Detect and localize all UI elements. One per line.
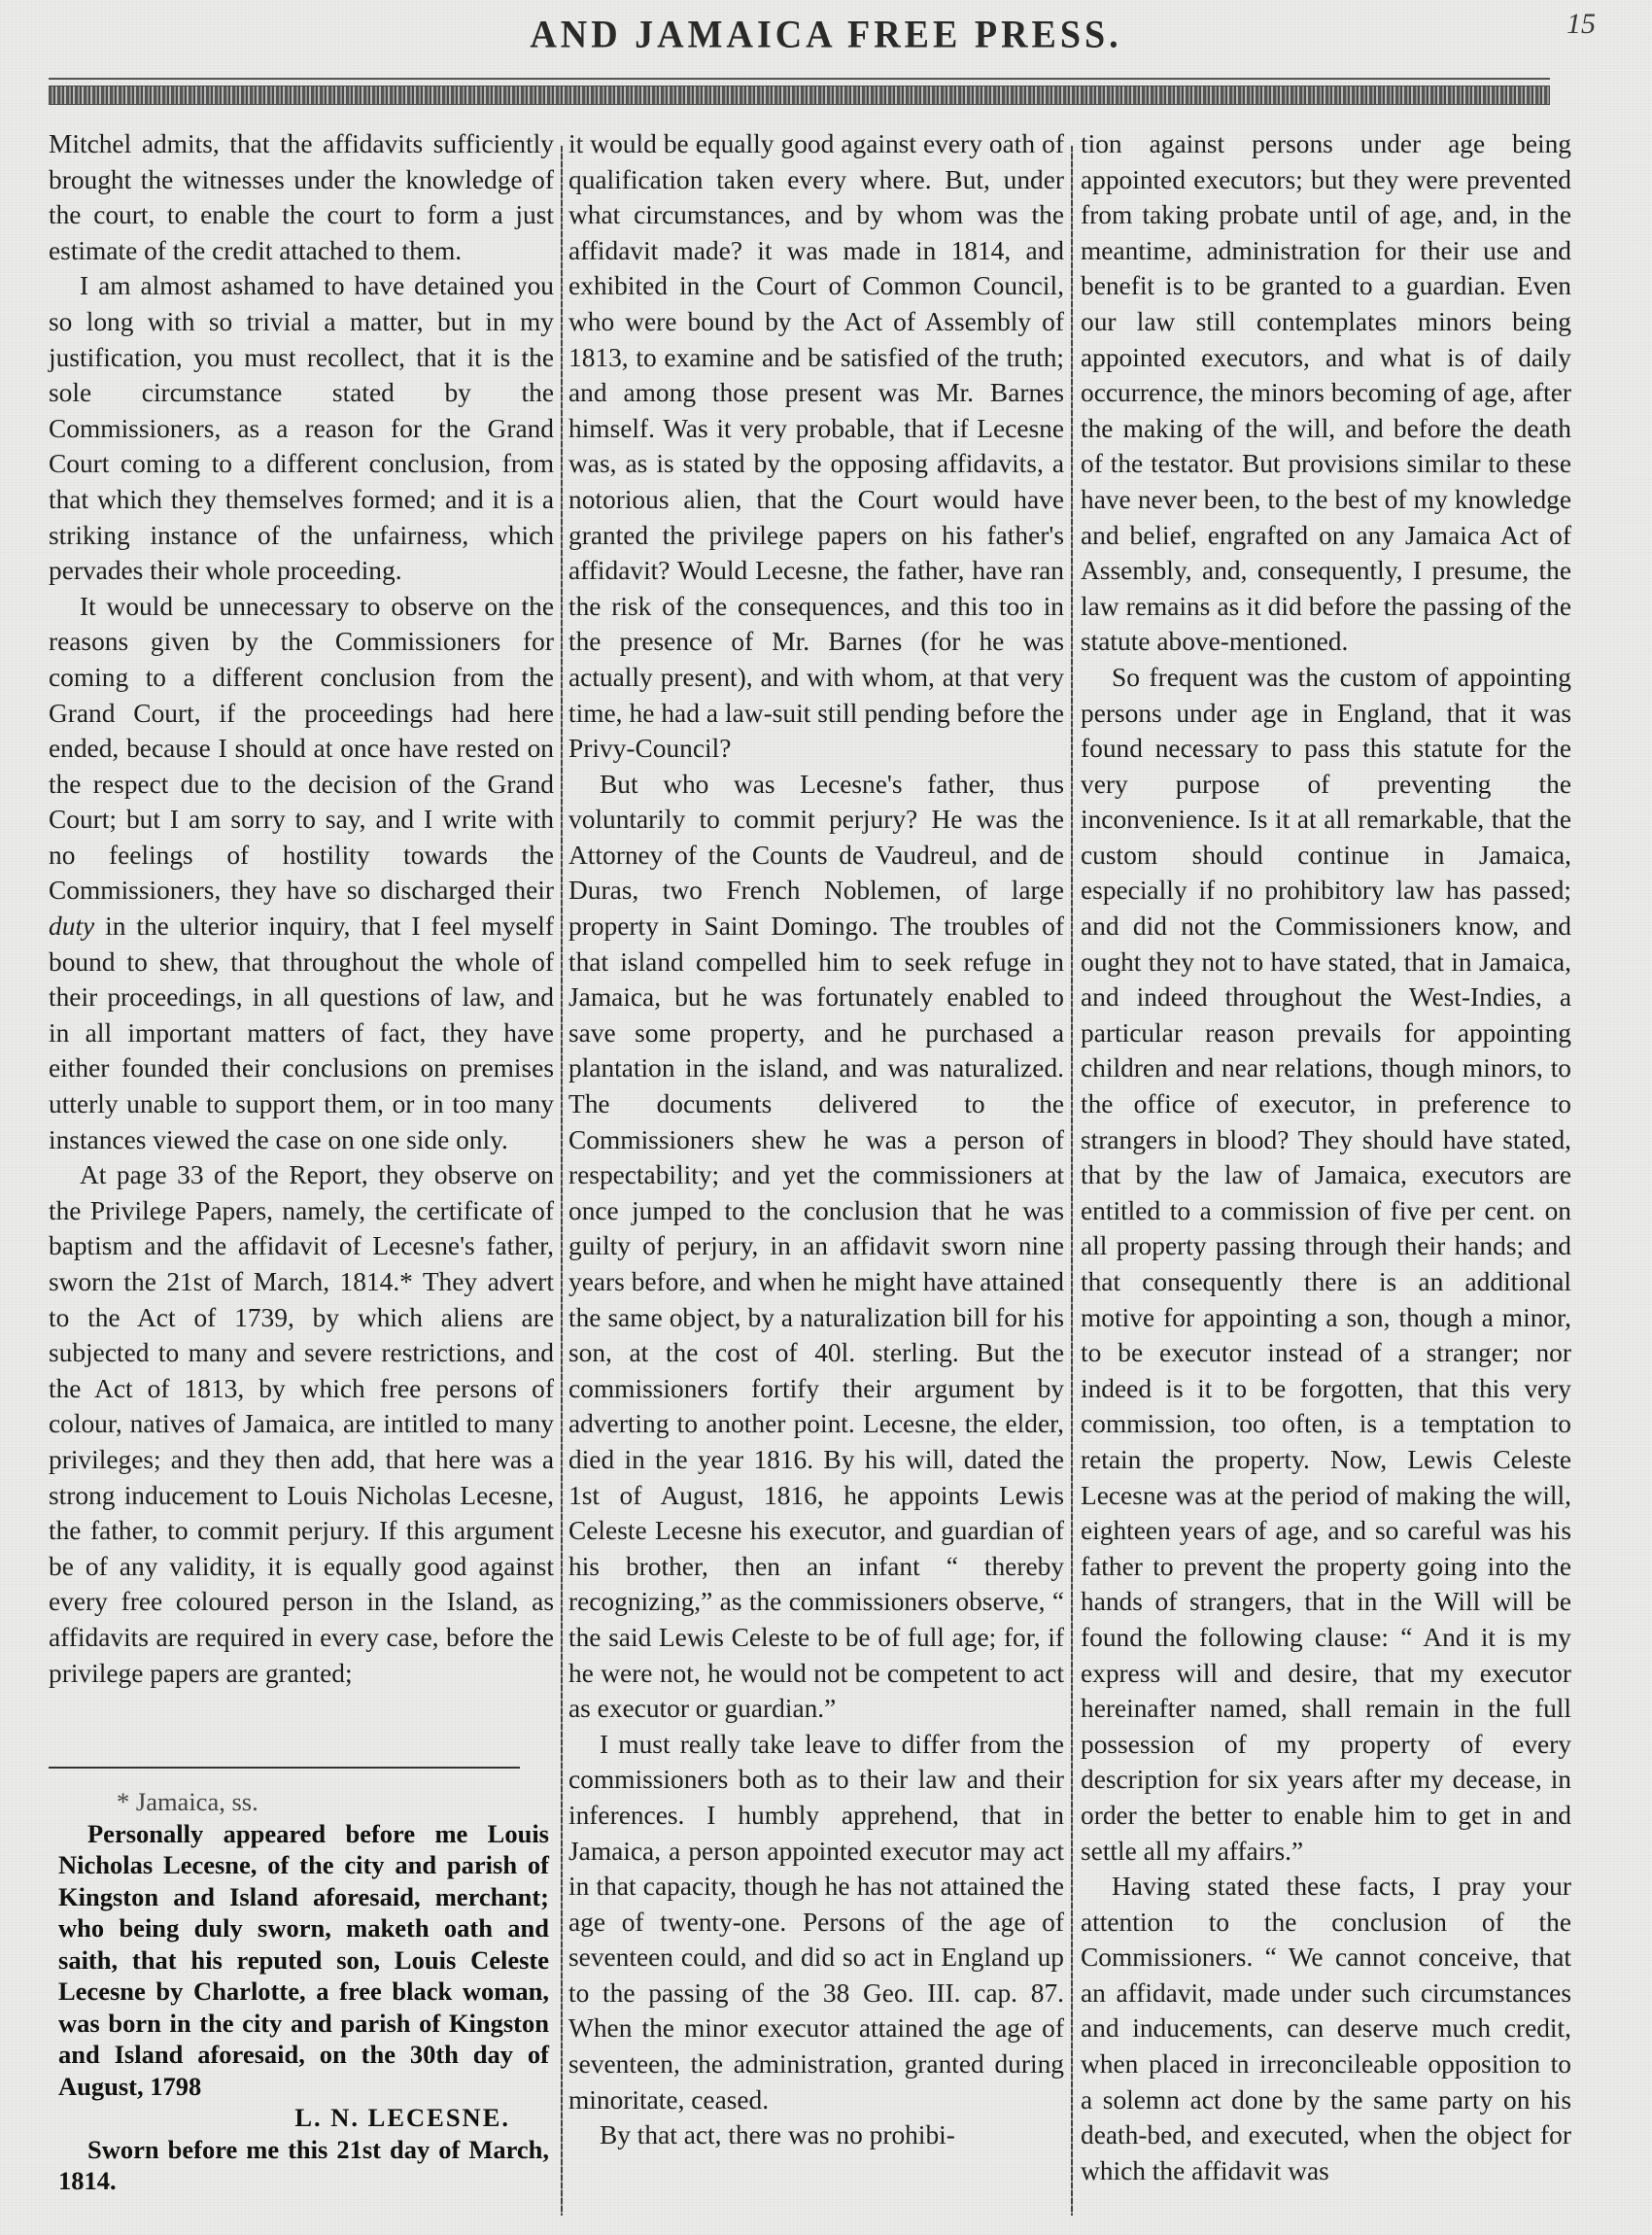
footnote-sworn: Sworn before me this 21st day of March, … <box>58 2134 549 2197</box>
column-1: Mitchel admits, that the affidavits suff… <box>49 126 554 1691</box>
footnote-venue: * Jamaica, ss. <box>58 1786 549 1818</box>
footnote-signature: L. N. LECESNE. <box>58 2102 549 2134</box>
paragraph: it would be equally good against every o… <box>568 126 1064 767</box>
column-divider <box>561 146 563 2216</box>
page-number: 15 <box>1566 8 1596 41</box>
paragraph: tion against persons under age being app… <box>1081 126 1571 660</box>
column-3: tion against persons under age being app… <box>1081 126 1571 2188</box>
paragraph: But who was Lecesne's father, thus volun… <box>568 767 1064 1727</box>
column-2: it would be equally good against every o… <box>568 126 1064 2153</box>
paragraph-text: in the ulterior inquiry, that I feel mys… <box>49 911 554 1154</box>
paragraph: Having stated these facts, I pray your a… <box>1081 1869 1571 2188</box>
column-divider <box>1071 146 1073 2216</box>
italic-word: duty <box>49 911 94 941</box>
paragraph: By that act, there was no prohibi- <box>568 2117 1064 2153</box>
paragraph: I am almost ashamed to have detained you… <box>49 268 554 588</box>
header-rule <box>49 78 1550 80</box>
paragraph: I must really take leave to differ from … <box>568 1727 1064 2118</box>
paragraph-text: It would be unnecessary to observe on th… <box>49 592 554 906</box>
paragraph: So frequent was the custom of appointing… <box>1081 660 1571 1869</box>
paragraph: Mitchel admits, that the affidavits suff… <box>49 126 554 268</box>
paragraph: At page 33 of the Report, they observe o… <box>49 1157 554 1691</box>
footnote: * Jamaica, ss. Personally appeared befor… <box>58 1786 549 2197</box>
paragraph: It would be unnecessary to observe on th… <box>49 589 554 1158</box>
newspaper-page: AND JAMAICA FREE PRESS. 15 Mitchel admit… <box>0 0 1652 2235</box>
masthead-title: AND JAMAICA FREE PRESS. <box>0 13 1652 57</box>
footnote-body: Personally appeared before me Louis Nich… <box>58 1818 549 2103</box>
footnote-rule <box>49 1767 520 1769</box>
ornamental-rule <box>49 86 1550 105</box>
